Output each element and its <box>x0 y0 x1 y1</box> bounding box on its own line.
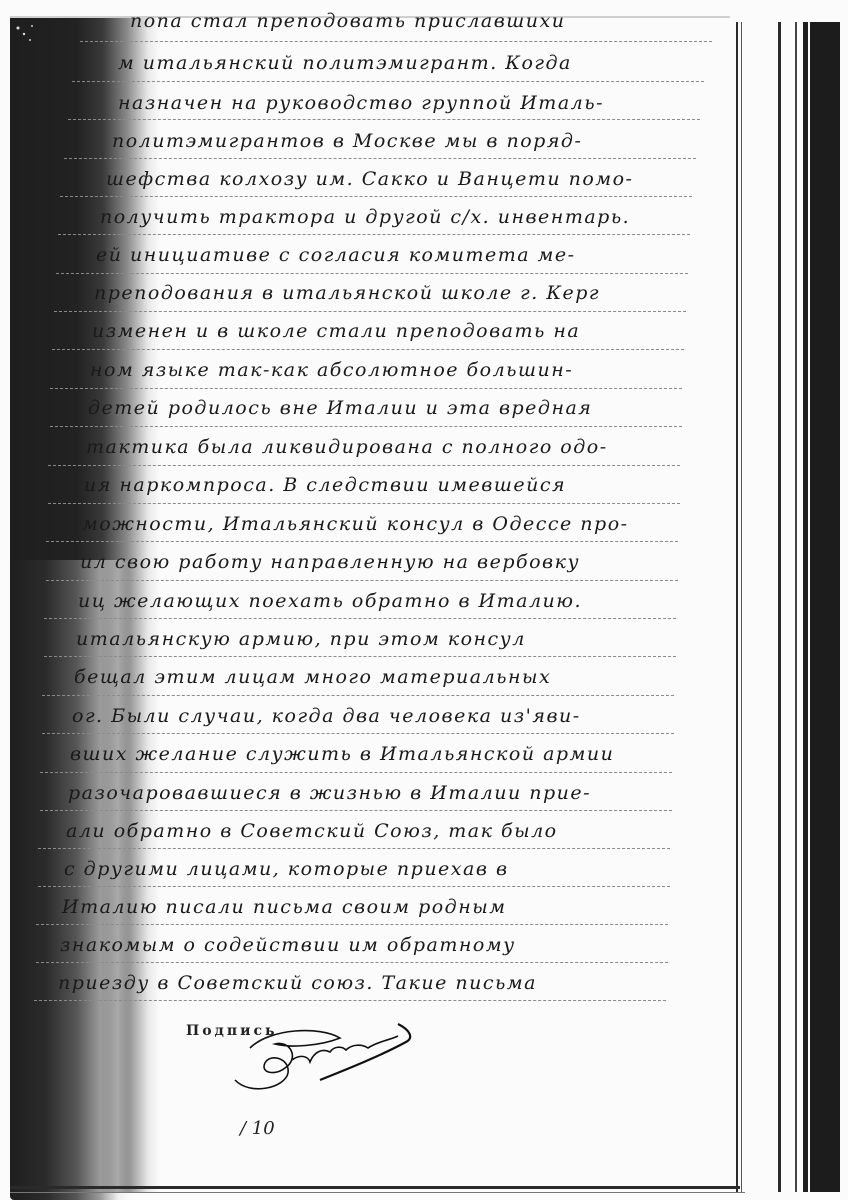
text-line: ия наркомпроса. В следствии имевшейся <box>84 472 664 498</box>
text-line: ей инициативе с согласия комитета ме- <box>96 242 676 268</box>
text-line: детей родилось вне Италии и эта вредная <box>88 395 668 421</box>
text-line: тактика была ликвидирована с полного одо… <box>86 434 666 460</box>
ruled-line <box>48 503 680 504</box>
ruled-line <box>36 924 668 925</box>
ruled-line <box>42 733 674 734</box>
text-line: вших желание служить в Итальянской армии <box>70 741 650 767</box>
ruled-line <box>38 886 670 887</box>
page-mark: / 10 <box>240 1118 275 1139</box>
text-line: шефства колхозу им. Сакко и Ванцети помо… <box>106 166 686 192</box>
ruled-line <box>38 848 670 849</box>
ruled-line <box>48 465 680 466</box>
text-line: преподования в итальянской школе г. Керг <box>94 280 674 306</box>
ruled-line <box>50 426 682 427</box>
ruled-line <box>36 962 668 963</box>
text-line: ном языке так-как абсолютное большин- <box>90 357 670 383</box>
ruled-line <box>46 541 678 542</box>
text-line: приезду в Советский союз. Такие письма <box>58 970 638 996</box>
ruled-line <box>54 311 686 312</box>
text-line: изменен и в школе стали преподовать на <box>92 318 672 344</box>
ruled-line <box>56 273 688 274</box>
text-line: ог. Были случаи, когда два человека из'я… <box>72 703 652 729</box>
ruled-line <box>50 388 682 389</box>
ruled-line <box>42 695 674 696</box>
text-line: иц желающих поехать обратно в Италию. <box>78 588 658 614</box>
ruled-line <box>80 41 712 42</box>
text-line: ил свою работу направленную на вербовку <box>80 549 660 575</box>
ruled-line <box>64 158 696 159</box>
text-line: с другими лицами, которые приехав в <box>64 856 644 882</box>
ruled-line <box>60 196 692 197</box>
text-line: бещал этим лицам много материальных <box>74 664 654 690</box>
text-line: получить трактора и другой с/х. инвентар… <box>100 204 680 230</box>
text-line: назначен на руководство группой Италь- <box>118 90 698 116</box>
text-line: попа стал преподовать приславшихи <box>130 8 710 34</box>
text-line: Италию писали письма своим родным <box>62 894 642 920</box>
document-page: попа стал преподовать приславшихи м итал… <box>0 0 848 1200</box>
handwritten-text-block: попа стал преподовать приславшихи м итал… <box>0 0 848 1200</box>
ruled-line <box>44 618 676 619</box>
text-line: разочаровавшиеся в жизнью в Италии прие- <box>68 780 648 806</box>
ruled-line <box>46 580 678 581</box>
text-line: али обратно в Советский Союз, так было <box>66 818 646 844</box>
text-line: м итальянский политэмигрант. Когда <box>118 50 698 76</box>
text-line: можности, Итальянский консул в Одессе пр… <box>82 511 662 537</box>
ruled-line <box>72 81 704 82</box>
ruled-line <box>40 810 672 811</box>
ruled-line <box>44 656 676 657</box>
ruled-line <box>34 1000 666 1001</box>
ruled-line <box>52 349 684 350</box>
text-line: знакомым о содействии им обратному <box>60 932 640 958</box>
signature-mark <box>230 1018 420 1098</box>
ruled-line <box>40 772 672 773</box>
text-line: политэмигрантов в Москве мы в поряд- <box>112 128 692 154</box>
ruled-line <box>68 119 700 120</box>
text-line: итальянскую армию, при этом консул <box>76 626 656 652</box>
ruled-line <box>58 234 690 235</box>
